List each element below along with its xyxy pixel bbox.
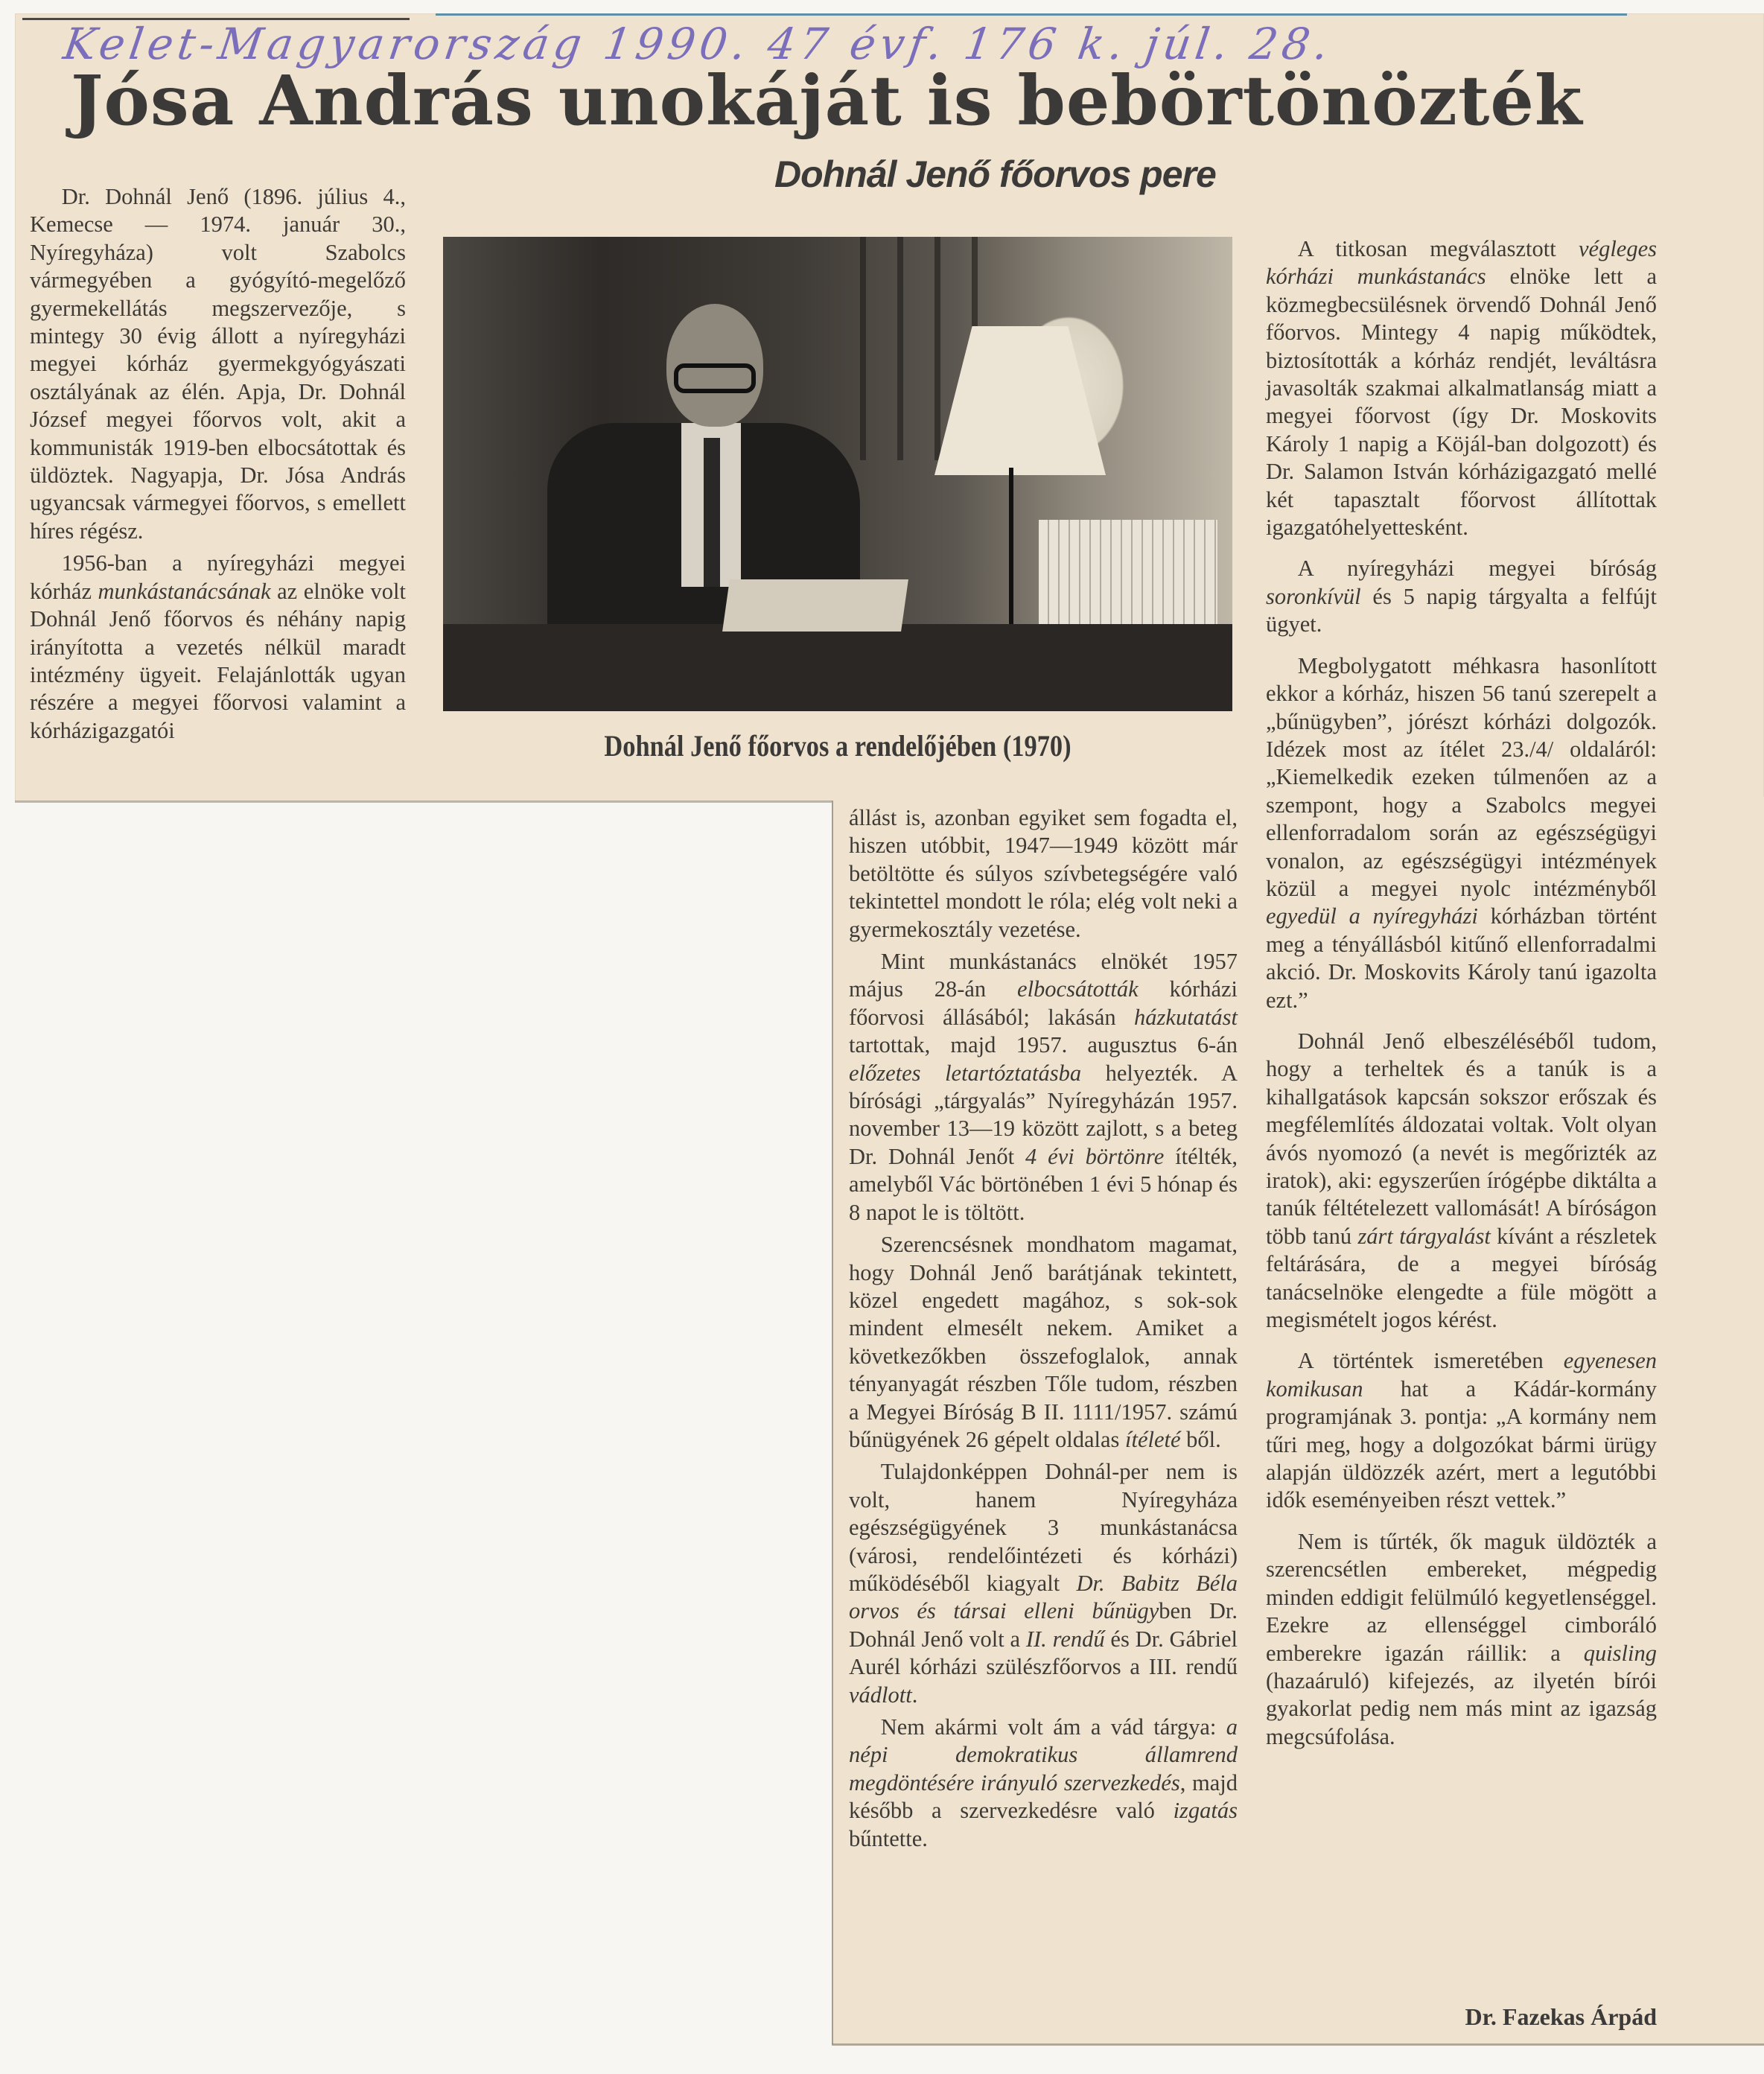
clipping-edge-mid (15, 801, 832, 803)
paragraph: Tulajdonképpen Dohnál-per nem is volt, h… (849, 1458, 1238, 1709)
paragraph: Dr. Dohnál Jenő (1896. július 4., Kemecs… (30, 183, 406, 545)
right-column: A titkosan megválasztott végleges kórház… (1266, 235, 1657, 1751)
headline: Jósa András unokáját is bebörtönözték (71, 60, 1634, 141)
clipping-edge-bottom (832, 2043, 1764, 2046)
glasses-icon (674, 363, 756, 393)
portrait-photo (443, 237, 1232, 711)
lamp-icon (934, 326, 1106, 475)
paragraph: Megbolygatott méhkasra hasonlított ekkor… (1266, 652, 1657, 1014)
left-column: Dr. Dohnál Jenő (1896. július 4., Kemecs… (30, 183, 406, 745)
paragraph: Szerencsésnek mondhatom magamat, hogy Do… (849, 1231, 1238, 1454)
photo-caption: Dohnál Jenő főorvos a rendelőjében (1970… (498, 728, 1177, 763)
paragraph: állást is, azonban egyiket sem fogadta e… (849, 804, 1238, 944)
middle-column: állást is, azonban egyiket sem fogadta e… (849, 804, 1238, 1853)
subtitle: Dohnál Jenő főorvos pere (774, 153, 1216, 196)
paragraph: 1956-ban a nyíregyházi megyei kórház mun… (30, 550, 406, 745)
paragraph: A nyíregyházi megyei bíróság soronkívül … (1266, 555, 1657, 638)
clipping-edge-left (832, 801, 833, 2044)
paragraph: Mint munkástanács elnökét 1957 május 28-… (849, 948, 1238, 1227)
top-rule-right (436, 13, 1627, 16)
paragraph: Nem is tűrték, ők maguk üldözték a szere… (1266, 1528, 1657, 1751)
paragraph: Nem akármi volt ám a vád tárgya: a népi … (849, 1714, 1238, 1853)
paragraph: Dohnál Jenő elbeszéléséből tudom, hogy a… (1266, 1028, 1657, 1334)
author-byline: Dr. Fazekas Árpád (1266, 2003, 1657, 2031)
paragraph: A titkosan megválasztott végleges kórház… (1266, 235, 1657, 541)
open-book (722, 579, 908, 632)
paragraph: A történtek ismeretében egyenesen komiku… (1266, 1347, 1657, 1514)
